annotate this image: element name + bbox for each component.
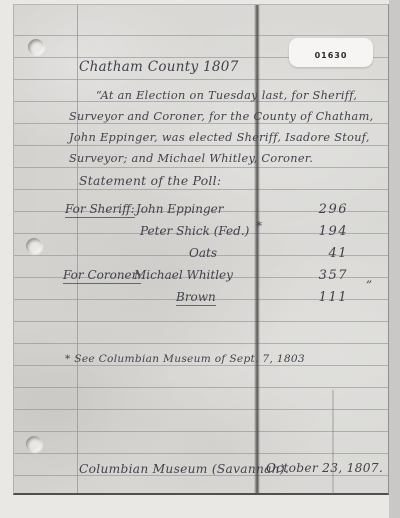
scanner-background [389, 0, 400, 518]
paragraph-line: Surveyor; and Michael Whitley, Coroner. [69, 152, 313, 165]
poll-row: Oats 41 [14, 246, 388, 264]
vote-count: 111 [294, 290, 348, 305]
secondary-crease [332, 390, 334, 494]
office-label: For Sheriff: [65, 202, 135, 218]
source-citation: Columbian Museum (Savannah). [79, 462, 289, 476]
vote-count: 357 [294, 268, 348, 283]
footnote: * See Columbian Museum of Sept. 7, 1803 [65, 353, 305, 365]
paragraph-line: Surveyor and Coroner, for the County of … [69, 110, 374, 123]
section-heading: Statement of the Poll: [79, 174, 221, 188]
candidate-name: Peter Shick (Fed.) [140, 224, 249, 238]
candidate-name: Brown [176, 290, 216, 306]
vote-count: 194 [294, 224, 348, 239]
office-label: For Coroner: [63, 268, 141, 284]
candidate-name: Michael Whitley [134, 268, 233, 282]
poll-row: For Coroner: Michael Whitley 357 „ [14, 268, 388, 286]
document-title: Chatham County 1807 [79, 59, 239, 75]
scanned-page: { "page": { "background_color": "#e9e8e5… [0, 0, 400, 518]
barcode-label: 01630 [289, 38, 373, 67]
poll-row: Brown 111 [14, 290, 388, 308]
paragraph-line: John Eppinger, was elected Sheriff, Isad… [69, 131, 370, 144]
source-date: October 23, 1807. [266, 461, 383, 475]
ditto-mark: „ [366, 271, 372, 285]
notebook-paper: 01630 Chatham County 1807 “At an Electio… [13, 4, 389, 495]
punch-hole-top [28, 39, 44, 55]
candidate-name: John Eppinger [136, 202, 224, 216]
punch-hole-bottom [26, 436, 42, 452]
paragraph-line: “At an Election on Tuesday last, for She… [96, 89, 357, 102]
barcode-number: 01630 [315, 51, 348, 60]
vote-count: 41 [294, 246, 348, 261]
candidate-name: Oats [189, 246, 217, 260]
poll-row: For Sheriff: John Eppinger 296 [14, 202, 388, 220]
footnote-asterisk: * [256, 219, 262, 233]
vote-count: 296 [294, 202, 348, 217]
poll-row: Peter Shick (Fed.) * 194 [14, 224, 388, 242]
